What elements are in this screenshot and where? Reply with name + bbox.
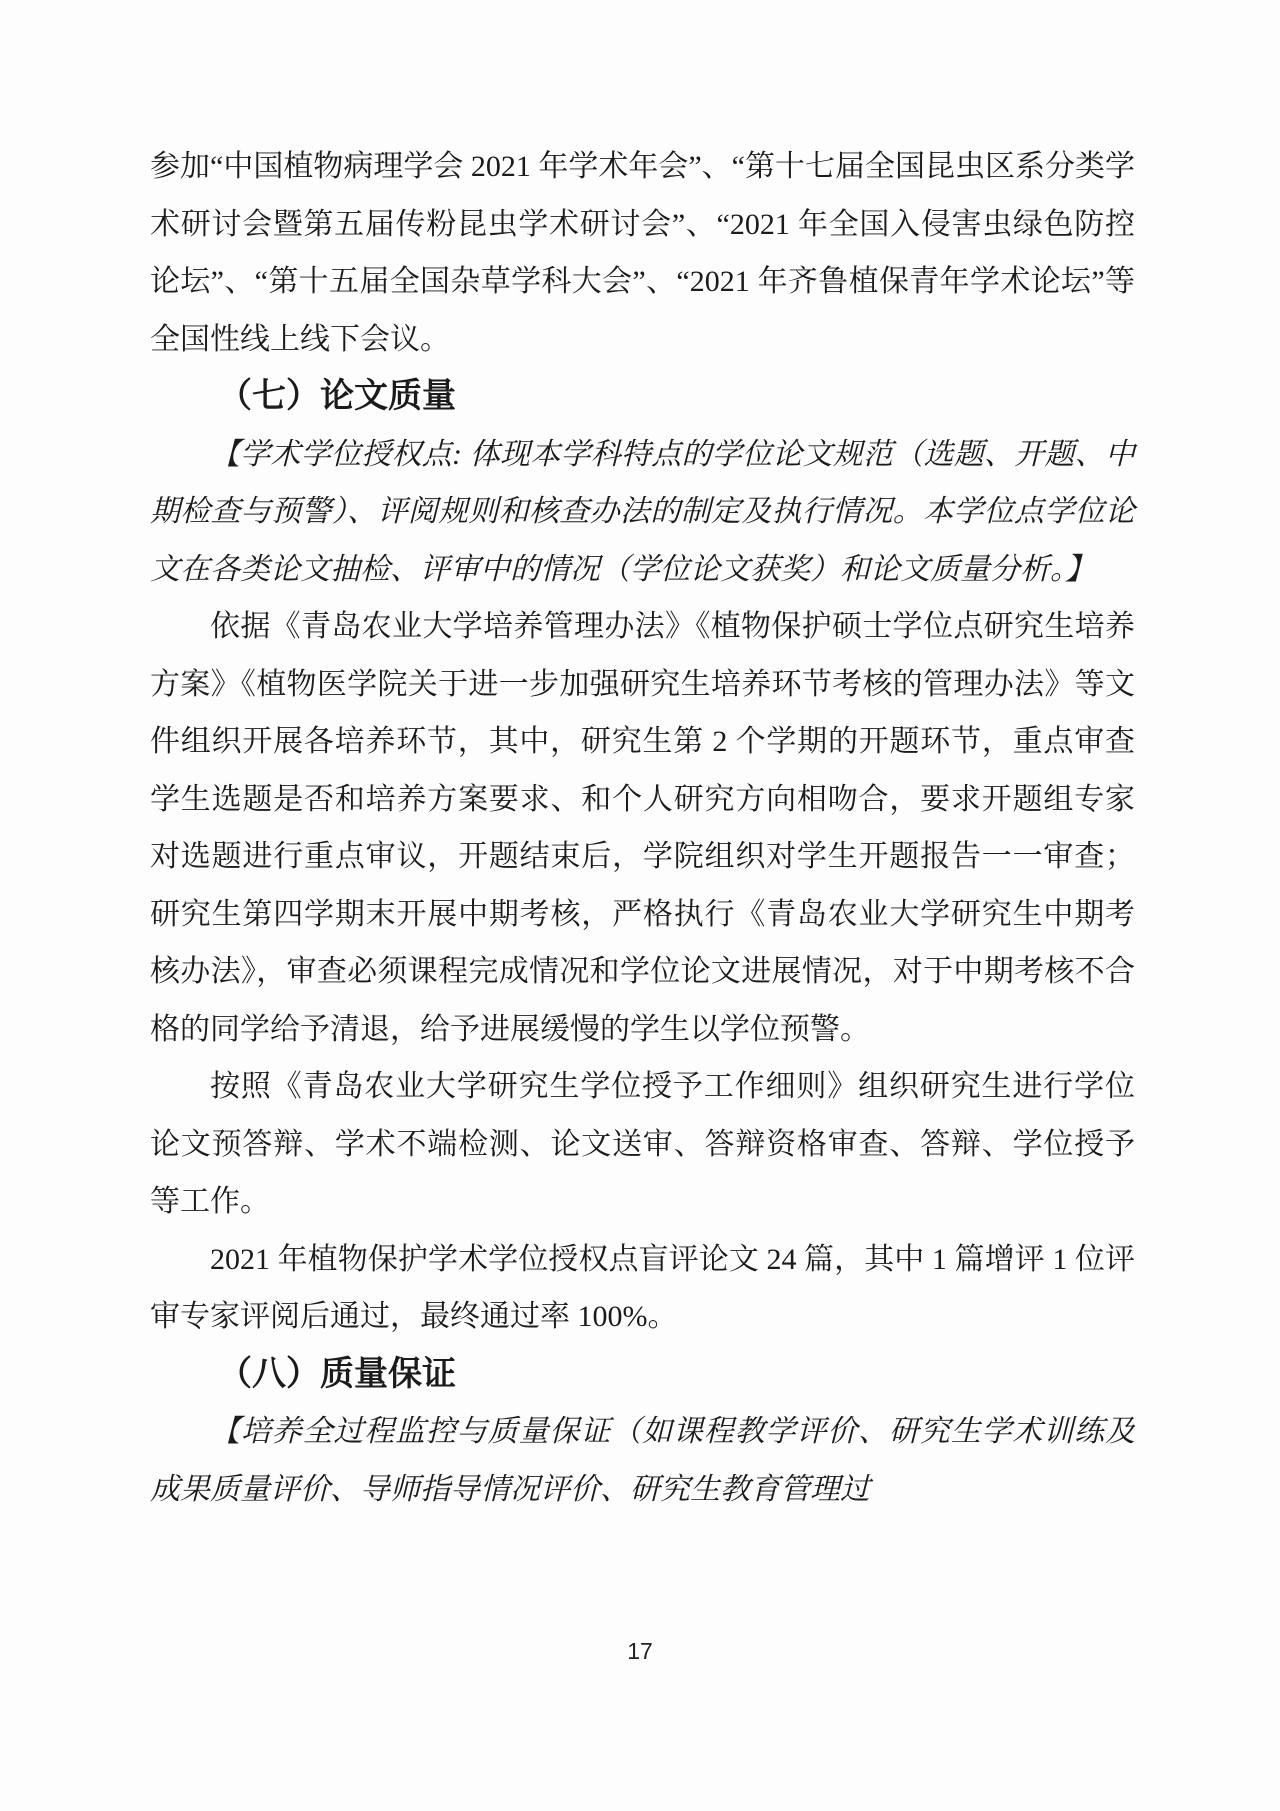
document-body: 参加“中国植物病理学会 2021 年学术年会”、“第十七届全国昆虫区系分类学术研… (150, 138, 1135, 1518)
document-page: 参加“中国植物病理学会 2021 年学术年会”、“第十七届全国昆虫区系分类学术研… (0, 0, 1280, 1811)
page-number: 17 (0, 1638, 1280, 1665)
paragraph: 依据《青岛农业大学培养管理办法》《植物保护硕士学位点研究生培养方案》《植物医学院… (150, 598, 1135, 1058)
paragraph: 2021 年植物保护学术学位授权点盲评论文 24 篇，其中 1 篇增评 1 位评… (150, 1231, 1135, 1346)
paragraph: 按照《青岛农业大学研究生学位授予工作细则》组织研究生进行学位论文预答辩、学术不端… (150, 1058, 1135, 1231)
paragraph: 参加“中国植物病理学会 2021 年学术年会”、“第十七届全国昆虫区系分类学术研… (150, 138, 1135, 368)
paragraph: 【培养全过程监控与质量保证（如课程教学评价、研究生学术训练及成果质量评价、导师指… (150, 1403, 1135, 1518)
paragraph: 【学术学位授权点: 体现本学科特点的学位论文规范（选题、开题、中期检查与预警）、… (150, 426, 1135, 599)
section-heading: （八）质量保证 (150, 1346, 1135, 1404)
section-heading: （七）论文质量 (150, 368, 1135, 426)
